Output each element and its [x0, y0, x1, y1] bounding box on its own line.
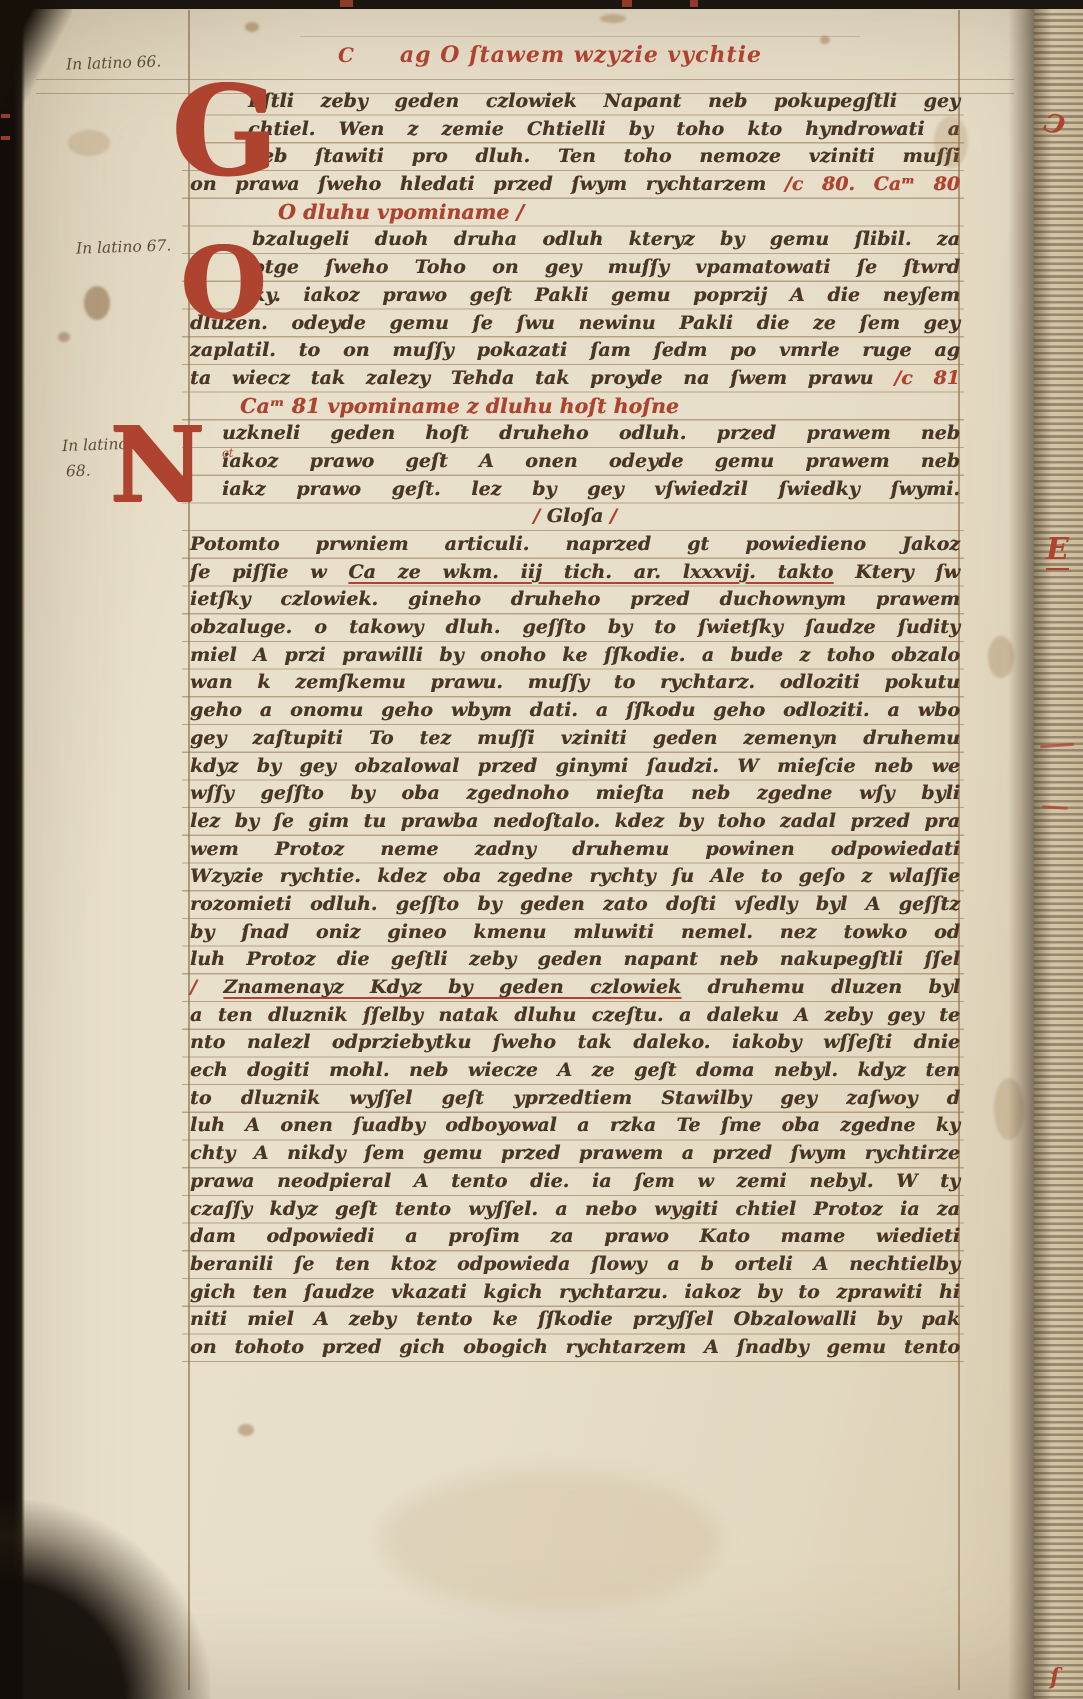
fore-edge-shade — [1034, 0, 1083, 1699]
red-edge-tick — [1, 114, 10, 118]
text-line: kdyz by gey obzalowal przed ginymi ſaudz… — [182, 753, 964, 781]
text-line: chty A nikdy ſem gemu przed prawem a prz… — [182, 1140, 964, 1168]
text-line: otge ſweho Toho on gey muſſy vpamatowati… — [182, 254, 964, 282]
fore-edge-rubric-letter: E — [1046, 532, 1069, 570]
text-line: bzalugeli duoh druha odluh kteryz by gem… — [182, 226, 964, 254]
text-line: ſe piſſie w Ca ze wkm. iij tich. ar. lxx… — [182, 559, 964, 587]
stain — [380, 1470, 720, 1610]
text-line: geho a onomu geho wbym dati. a ſſkodu ge… — [182, 697, 964, 725]
stain — [245, 22, 259, 32]
text-line: on prawa ſweho hledati przed ſwym rychta… — [182, 171, 964, 199]
text-line: ta wiecz tak zalezy Tehda tak proyde na … — [182, 365, 964, 393]
text-line: uzkneli geden hoſt druheho odluh. przed … — [182, 420, 964, 448]
text-line: ech dogiti mohl. neb wiecze A ze geſt do… — [182, 1057, 964, 1085]
text-line: rozomieti odluh. geſſto by geden zato do… — [182, 891, 964, 919]
text-line: ky. iakoz prawo geſt Pakli gemu poprzij … — [182, 282, 964, 310]
text-line: iakz prawo geſt. lez by gey vſwiedzil ſw… — [182, 476, 964, 504]
text-line: prawa neodpieral A tento die. ia ſem w z… — [182, 1168, 964, 1196]
initial-guide-letter: ct — [222, 446, 234, 460]
text-line: iakoz prawo geſt A onen odeyde gemu praw… — [182, 448, 964, 476]
page-heading-rubric: Cag O ſtawem wzyzie vychtie — [338, 42, 762, 68]
stain — [600, 14, 626, 23]
manuscript-photo: Cag O ſtawem wzyzie vychtie In latino 66… — [0, 0, 1083, 1699]
text-line: luh Protoz die geſtli zeby geden napant … — [182, 946, 964, 974]
text-line: wan k zemſkemu prawu. muſſy to rychtarz.… — [182, 669, 964, 697]
photo-edge-top — [0, 0, 1083, 9]
text-block: Eſtli zeby geden czlowiek Napant neb pok… — [182, 88, 964, 1366]
text-line: a ten dluznik ſſelby natak dluhu czeſtu.… — [182, 1002, 964, 1030]
text-line: dluzen. odeyde gemu ſe ſwu newinu Pakli … — [182, 310, 964, 338]
lombard-initial-n: N — [110, 424, 205, 505]
stain — [820, 36, 830, 44]
photo-corner-bottom-left — [0, 1500, 210, 1699]
text-line: / Gloſa / — [182, 503, 964, 531]
text-line: niti miel A zeby tento ke ſſkodie przyſſ… — [182, 1306, 964, 1334]
red-edge-tick — [690, 0, 698, 7]
text-line: Wzyzie rychtie. kdez oba zgedne rychty ſ… — [182, 863, 964, 891]
text-line: luh A onen ſuadby odboyowal a rzka Te ſm… — [182, 1112, 964, 1140]
text-line: on tohoto przed gich obogich rychtarzem … — [182, 1334, 964, 1362]
margin-note-latin-67: In latino 67. — [76, 236, 172, 257]
heading-title: ag O ſtawem wzyzie vychtie — [400, 42, 762, 68]
text-line: zaplatil. to on muſſy pokazati ſam ſedm … — [182, 337, 964, 365]
fore-edge-rubric-mark: ſ — [1050, 1664, 1059, 1690]
page-gutter-shadow — [1008, 0, 1034, 1699]
text-line: ietſky czlowiek. gineho druheho przed du… — [182, 586, 964, 614]
text-line: Potomto prwniem articuli. naprzed gt pow… — [182, 531, 964, 559]
red-edge-tick — [622, 0, 632, 7]
text-line: miel A przi prawilli by onoho ke ſſkodie… — [182, 642, 964, 670]
ruled-horizontal-line — [300, 36, 860, 37]
stain — [68, 130, 110, 156]
stain — [934, 116, 968, 168]
text-line: czaſſy kdyz geſt tento wyſſel. a nebo wy… — [182, 1196, 964, 1224]
text-line: by ſnad oniz gineo kmenu mluwiti nemel. … — [182, 919, 964, 947]
text-line: dam odpowiedi a proſim za prawo Kato mam… — [182, 1223, 964, 1251]
text-line: Eſtli zeby geden czlowiek Napant neb pok… — [182, 88, 964, 116]
text-line: O dluhu vpominame / — [182, 199, 964, 227]
red-edge-tick — [1, 136, 10, 140]
lombard-initial-o: O — [181, 246, 266, 322]
text-line: wem Protoz neme zadny druhemu powinen od… — [182, 836, 964, 864]
text-line: neb ſtawiti pro dluh. Ten toho nemoze vz… — [182, 143, 964, 171]
text-line: wſſy geſſto by oba zgednoho mieſta neb z… — [182, 780, 964, 808]
text-line: / Znamenayz Kdyz by geden czlowiek druhe… — [182, 974, 964, 1002]
text-line: obzaluge. o takowy dluh. geſſto by to ſw… — [182, 614, 964, 642]
stain — [58, 332, 70, 342]
text-line: beranili ſe ten ktoz odpowieda ſlowy a b… — [182, 1251, 964, 1279]
photo-corner-top-left — [0, 0, 72, 110]
text-line: chtiel. Wen z zemie Chtielli by toho kto… — [182, 116, 964, 144]
text-line: Caᵐ 81 vpominame z dluhu hoſt hoſne — [182, 393, 964, 421]
lombard-initial-g: G — [172, 84, 278, 181]
margin-note-latin-66: In latino 66. — [66, 52, 162, 73]
stain — [84, 286, 110, 320]
margin-note-latin-68-number: 68. — [66, 462, 91, 481]
text-line: gich ten ſaudze vkazati kgich rychtarzu.… — [182, 1279, 964, 1307]
text-line: nto nalezl odprziebytku ſweho tak daleko… — [182, 1029, 964, 1057]
text-line: lez by ſe gim tu prawba nedoſtalo. kdez … — [182, 808, 964, 836]
photo-edge-left — [0, 0, 25, 1699]
text-line: to dluznik wyſſel geſt yprzedtiem Stawil… — [182, 1085, 964, 1113]
red-edge-tick — [340, 0, 353, 7]
text-line: gey zaſtupiti To tez muſſi vziniti geden… — [182, 725, 964, 753]
stain — [238, 1424, 254, 1436]
heading-mark: C — [338, 43, 354, 67]
